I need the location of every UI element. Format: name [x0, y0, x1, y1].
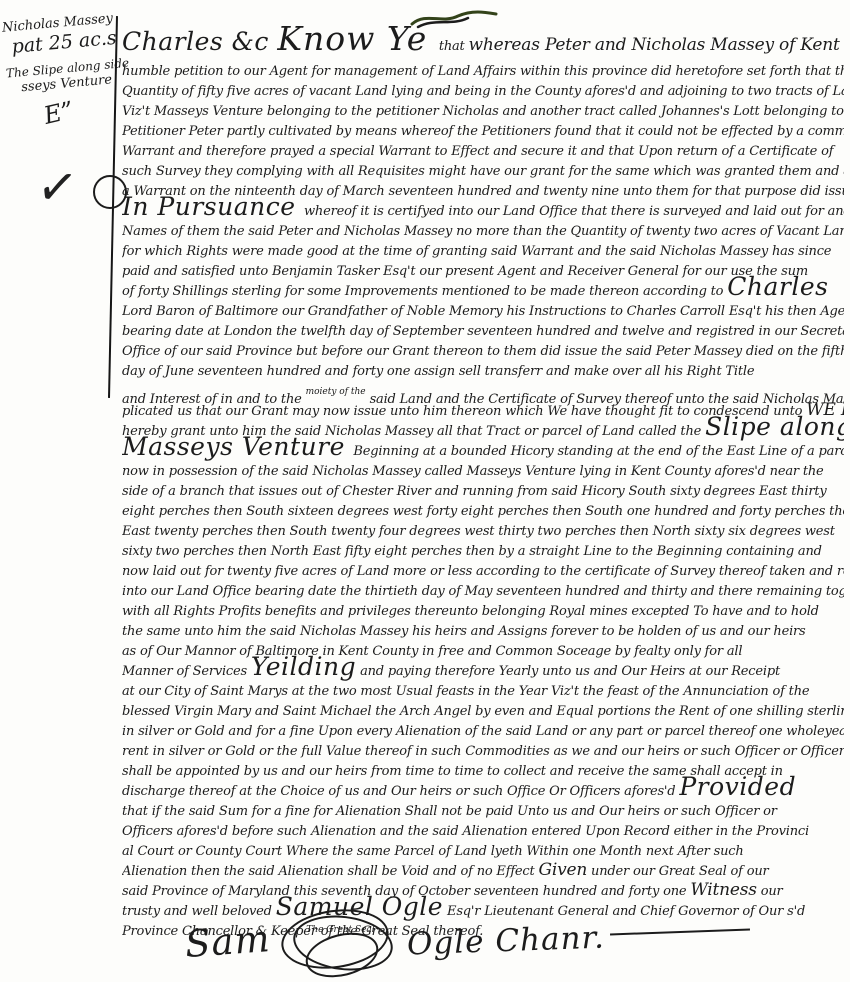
manuscript-line: Officers afores'd before such Alienation… — [122, 822, 844, 842]
text-segment: whereof it is certifyed into our Land Of… — [304, 204, 844, 219]
manuscript-line: now in possession of the said Nicholas M… — [122, 462, 844, 482]
manuscript-line: Masseys Venture Beginning at a bounded H… — [122, 442, 844, 462]
manuscript-line: eight perches then South sixteen degrees… — [122, 502, 844, 522]
manuscript-body: Charles &c Know Ye that whereas Peter an… — [122, 20, 844, 968]
text-segment: Petitioner Peter partly cultivated by me… — [122, 124, 844, 139]
manuscript-line: into our Land Office bearing date the th… — [122, 582, 844, 602]
signature-samuel: Sam — [184, 917, 272, 966]
text-segment: Office of our said Province but before o… — [122, 344, 844, 359]
text-segment: paid and satisfied unto Benjamin Tasker … — [122, 264, 808, 279]
text-segment: into our Land Office bearing date the th… — [122, 584, 844, 599]
manuscript-line: with all Rights Profits benefits and pri… — [122, 602, 844, 622]
text-segment: at our City of Saint Marys at the two mo… — [122, 684, 809, 699]
text-segment: now laid out for twenty five acres of La… — [122, 564, 844, 579]
text-segment: Names of them the said Peter and Nichola… — [122, 224, 844, 239]
text-segment: In Pursuance — [122, 192, 304, 221]
manuscript-line: side of a branch that issues out of Ches… — [122, 482, 844, 502]
text-segment: now in possession of the said Nicholas M… — [122, 464, 824, 479]
text-segment: Know Ye — [277, 20, 438, 58]
manuscript-line: the same unto him the said Nicholas Mass… — [122, 622, 844, 642]
text-segment: rent in silver or Gold or the full Value… — [122, 744, 844, 759]
text-segment: the same unto him the said Nicholas Mass… — [122, 624, 806, 639]
text-segment: Masseys Venture — [122, 432, 353, 461]
manuscript-line: bearing date at London the twelfth day o… — [122, 322, 844, 342]
text-segment: Alienation then the said Alienation shal… — [122, 864, 538, 879]
manuscript-line: that if the said Sum for a fine for Alie… — [122, 802, 844, 822]
text-segment: for which Rights were made good at the t… — [122, 244, 831, 259]
manuscript-line: Viz't Masseys Venture belonging to the p… — [122, 102, 844, 122]
manuscript-line: Quantity of fifty five acres of vacant L… — [122, 82, 844, 102]
text-segment: Witness — [690, 880, 757, 900]
manuscript-line: of forty Shillings sterling for some Imp… — [122, 282, 844, 302]
text-segment: al Court or County Court Where the same … — [122, 844, 744, 859]
manuscript-line: at our City of Saint Marys at the two mo… — [122, 682, 844, 702]
manuscript-line: humble petition to our Agent for managem… — [122, 62, 844, 82]
manuscript-line: Alienation then the said Alienation shal… — [122, 862, 844, 882]
text-segment: that if the said Sum for a fine for Alie… — [122, 804, 777, 819]
manuscript-line: Warrant and therefore prayed a special W… — [122, 142, 844, 162]
text-segment: eight perches then South sixteen degrees… — [122, 504, 844, 519]
margin-notes: Nicholas Massey pat 25 ac.s The Slipe al… — [1, 12, 114, 130]
manuscript-line: sixty two perches then North East fifty … — [122, 542, 844, 562]
text-segment: discharge thereof at the Choice of us an… — [122, 784, 679, 799]
text-segment: moiety of the — [306, 387, 366, 397]
manuscript-line: and Interest of in and to the moiety of … — [122, 382, 844, 402]
manuscript-line: day of June seventeen hundred and forty … — [122, 362, 844, 382]
manuscript-line: Manner of Services Yeilding and paying t… — [122, 662, 844, 682]
text-segment: Viz't Masseys Venture belonging to the p… — [122, 104, 844, 119]
text-segment: that — [439, 39, 469, 54]
text-segment: our — [757, 884, 783, 899]
scanned-manuscript-page: Nicholas Massey pat 25 ac.s The Slipe al… — [0, 0, 850, 982]
manuscript-line: Lord Baron of Baltimore our Grandfather … — [122, 302, 844, 322]
text-segment: Provided — [679, 772, 796, 801]
manuscript-line: said Province of Maryland this seventh d… — [122, 882, 844, 902]
text-segment: Yeilding — [251, 652, 356, 681]
text-segment: such Survey they complying with all Requ… — [122, 164, 844, 179]
text-segment: Manner of Services — [122, 664, 251, 679]
text-segment: Warrant and therefore prayed a special W… — [122, 144, 833, 159]
text-segment: East twenty perches then South twenty fo… — [122, 524, 835, 539]
great-seal-flourish: The Great Seal — [275, 908, 403, 974]
signature-block: Sam The Great Seal Ogle Chanr. — [185, 903, 805, 979]
text-segment: Officers afores'd before such Alienation… — [122, 824, 809, 839]
manuscript-line: such Survey they complying with all Requ… — [122, 162, 844, 182]
manuscript-line: as of Our Mannor of Baltimore in Kent Co… — [122, 642, 844, 662]
text-segment: in silver or Gold and for a fine Upon ev… — [122, 724, 844, 739]
manuscript-line: East twenty perches then South twenty fo… — [122, 522, 844, 542]
text-segment: and paying therefore Yearly unto us and … — [356, 664, 780, 679]
manuscript-line: Charles &c Know Ye that whereas Peter an… — [122, 36, 844, 56]
manuscript-line: discharge thereof at the Choice of us an… — [122, 782, 844, 802]
text-segment: Charles &c — [122, 27, 277, 56]
text-segment: day of June seventeen hundred and forty … — [122, 364, 754, 379]
manuscript-line: for which Rights were made good at the t… — [122, 242, 844, 262]
text-segment: whereas Peter and Nicholas Massey of Ken… — [469, 35, 844, 55]
signature-flourish-stroke — [610, 929, 750, 936]
text-segment: sixty two perches then North East fifty … — [122, 544, 822, 559]
signature-ogle-chancellor: Ogle Chanr. — [406, 920, 605, 963]
text-segment: Beginning at a bounded Hicory standing a… — [353, 444, 844, 459]
manuscript-line: in silver or Gold and for a fine Upon ev… — [122, 722, 844, 742]
manuscript-line: Names of them the said Peter and Nichola… — [122, 222, 844, 242]
manuscript-line: In Pursuance whereof it is certifyed int… — [122, 202, 844, 222]
text-segment: side of a branch that issues out of Ches… — [122, 484, 827, 499]
check-mark-annotation: ✓ — [33, 153, 82, 221]
manuscript-line: now laid out for twenty five acres of La… — [122, 562, 844, 582]
manuscript-line: rent in silver or Gold or the full Value… — [122, 742, 844, 762]
manuscript-line: al Court or County Court Where the same … — [122, 842, 844, 862]
manuscript-line: blessed Virgin Mary and Saint Michael th… — [122, 702, 844, 722]
text-segment: humble petition to our Agent for managem… — [122, 64, 844, 79]
text-segment: of forty Shillings sterling for some Imp… — [122, 284, 727, 299]
text-segment: as of Our Mannor of Baltimore in Kent Co… — [122, 644, 742, 659]
text-segment: bearing date at London the twelfth day o… — [122, 324, 844, 339]
text-segment: blessed Virgin Mary and Saint Michael th… — [122, 704, 844, 719]
text-segment: Given — [538, 860, 587, 880]
text-segment: Slipe along side — [705, 412, 844, 441]
text-segment: plicated us that our Grant may now issue… — [122, 404, 806, 419]
manuscript-line: Office of our said Province but before o… — [122, 342, 844, 362]
text-segment: Charles — [727, 272, 828, 301]
seal-text: The Great Seal — [299, 926, 383, 936]
text-segment: under our Great Seal of our — [587, 864, 768, 879]
text-segment: Quantity of fifty five acres of vacant L… — [122, 84, 844, 99]
manuscript-line: Petitioner Peter partly cultivated by me… — [122, 122, 844, 142]
text-segment: Lord Baron of Baltimore our Grandfather … — [122, 304, 844, 319]
text-segment: with all Rights Profits benefits and pri… — [122, 604, 819, 619]
